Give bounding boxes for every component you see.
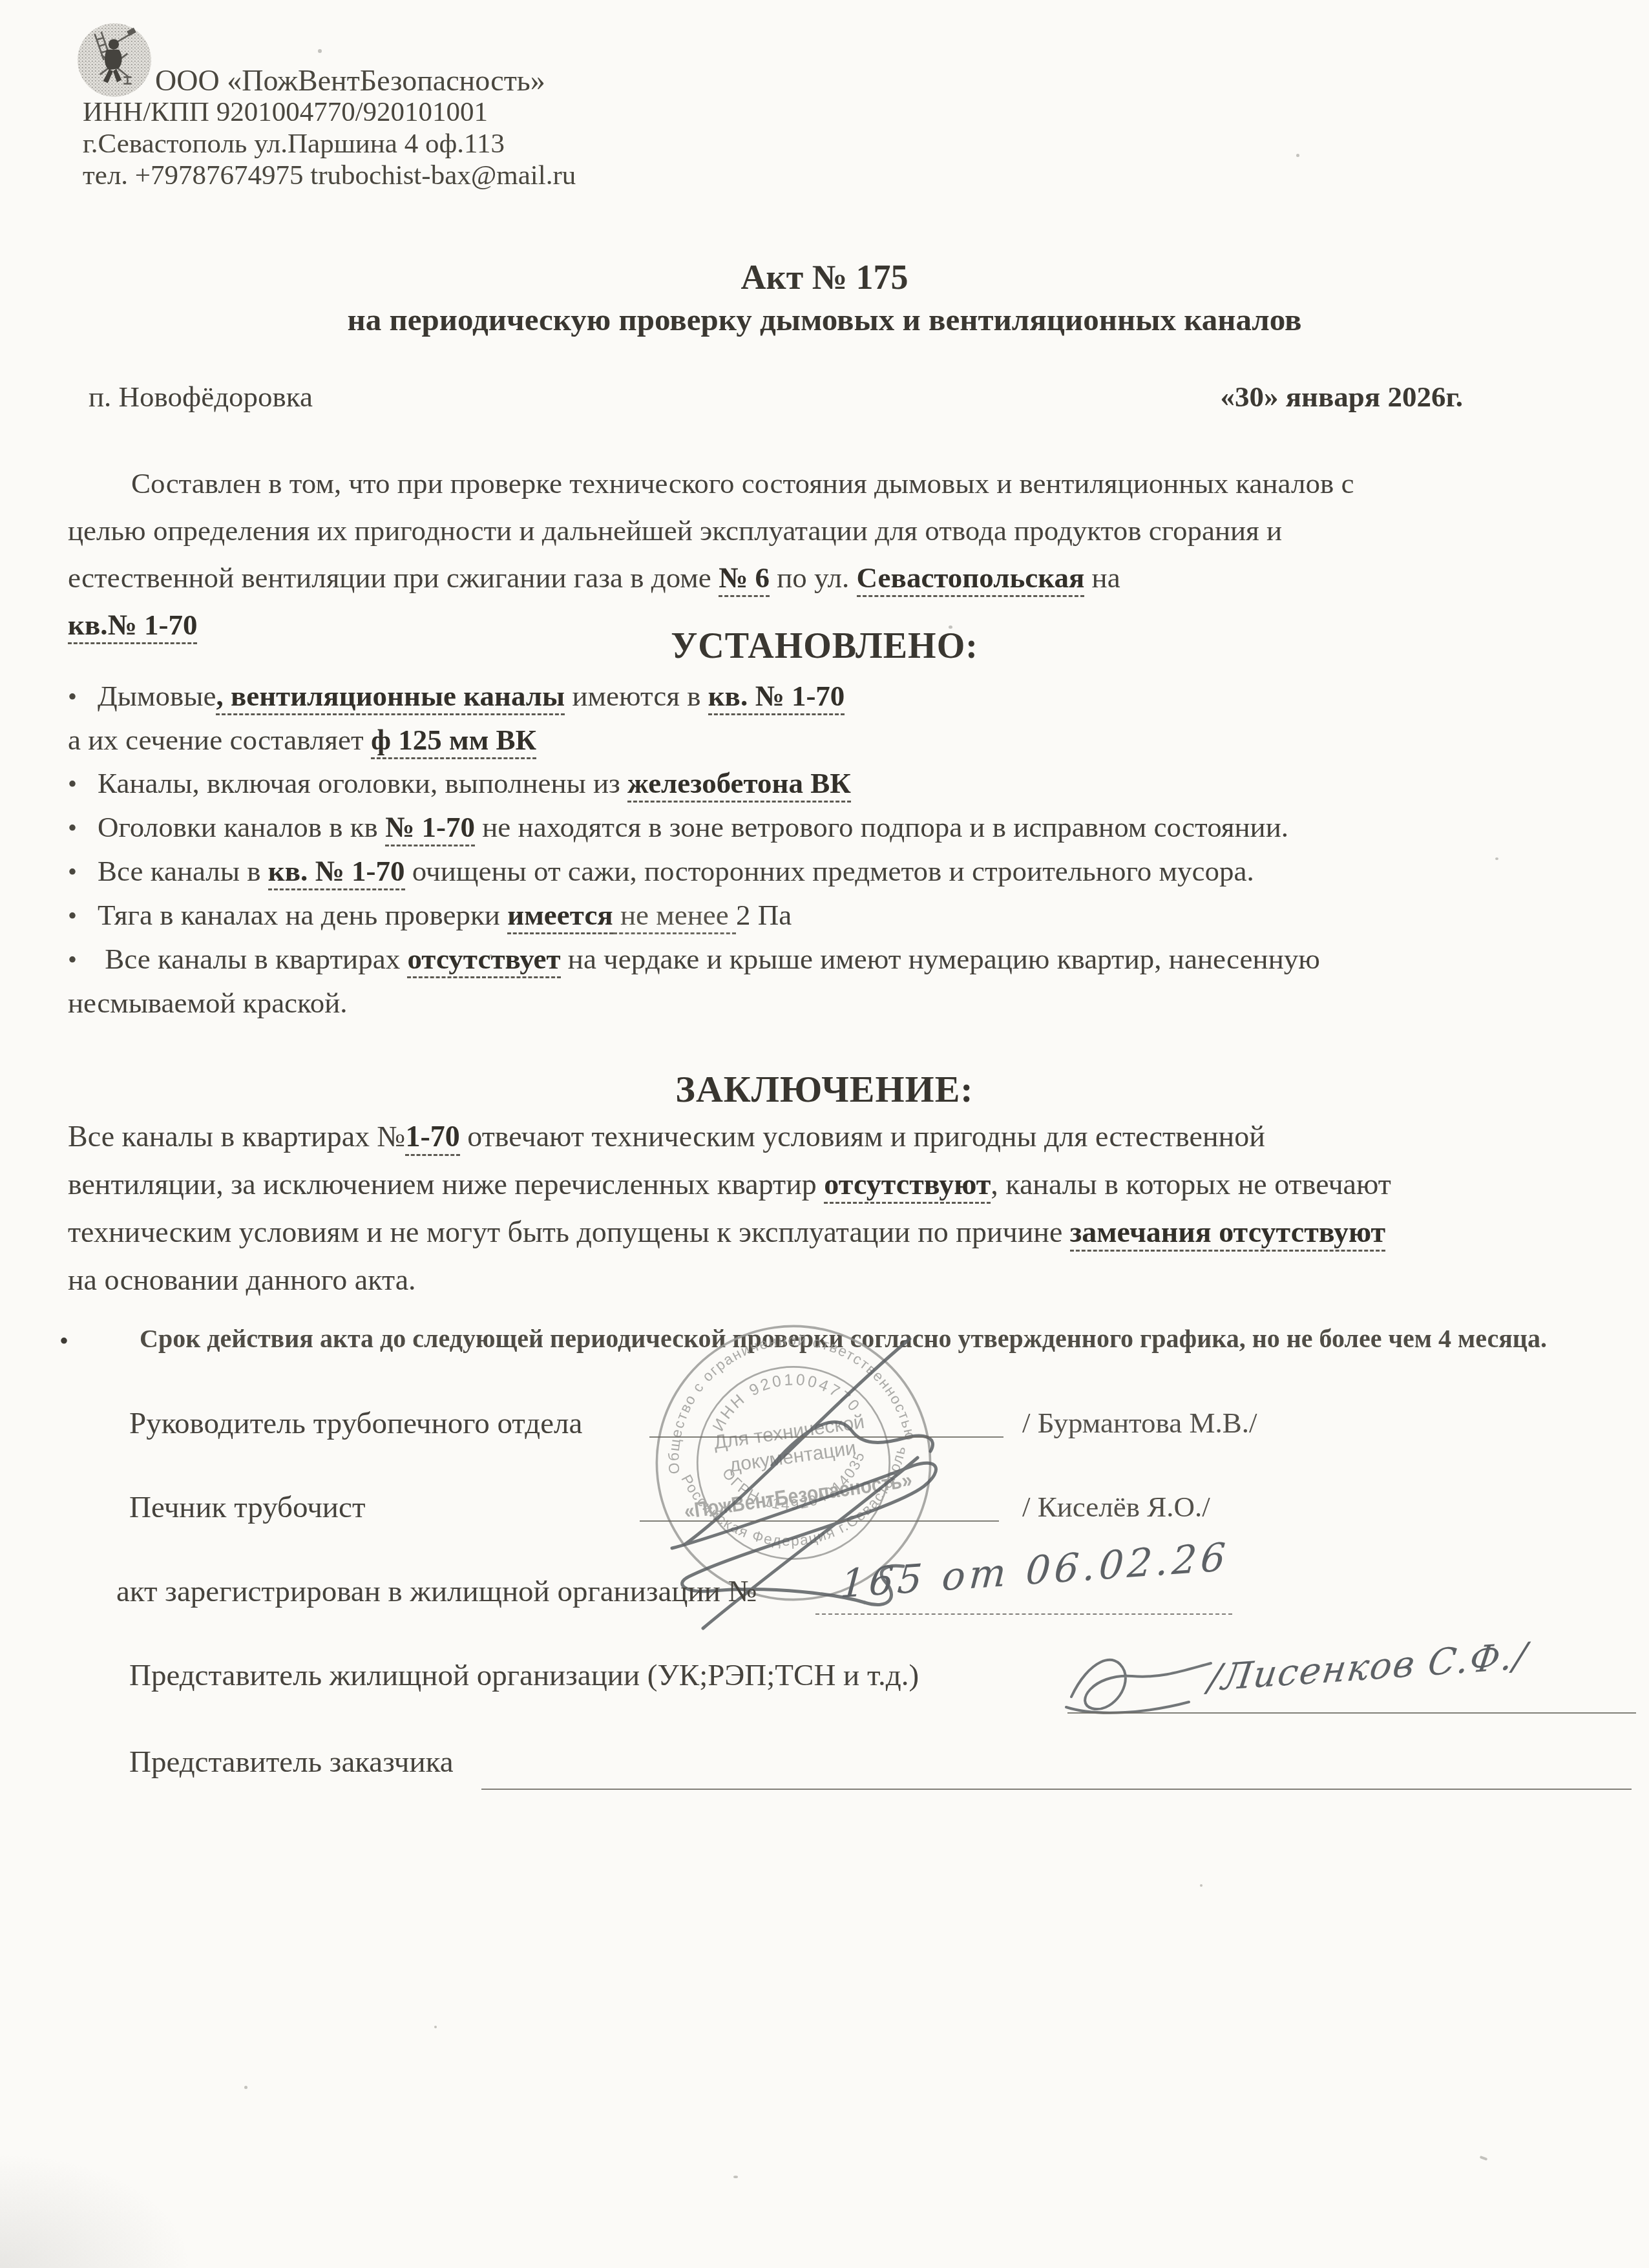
- draft-value: имеется: [507, 899, 613, 934]
- list-item: •Тяга в каналах на день проверки имеется…: [68, 894, 1593, 938]
- act-title: Акт № 175: [0, 257, 1649, 297]
- company-inn-kpp: ИНН/КПП 9201004770/920101001: [83, 96, 576, 128]
- scan-speck: [244, 2086, 247, 2089]
- scan-speck: [434, 2026, 437, 2028]
- scan-speck: [489, 954, 492, 958]
- scan-corner-shadow: [0, 2152, 194, 2268]
- scan-speck: [1296, 154, 1299, 157]
- material-value: железобетона ВК: [627, 767, 851, 803]
- apartments-value: кв. № 1-70: [708, 680, 845, 715]
- established-heading: УСТАНОВЛЕНО:: [0, 625, 1649, 667]
- company-name: ООО «ПожВентБезопасность»: [83, 65, 576, 96]
- signature-line: [640, 1520, 999, 1522]
- signature-name-kiselev: / Киселёв Я.О./: [1022, 1490, 1210, 1524]
- scanned-act-document: ООО «ПожВентБезопасность» ИНН/КПП 920100…: [0, 0, 1649, 2268]
- scan-speck: [733, 2176, 738, 2178]
- intro-line: Составлен в том, что при проверке технич…: [68, 460, 1583, 507]
- bullet-icon: •: [68, 762, 98, 806]
- conclusion-line: техническим условиям и не могут быть доп…: [68, 1208, 1593, 1256]
- bullet-icon: •: [68, 938, 98, 982]
- bullet-icon: •: [68, 675, 98, 719]
- established-list: •Дымовые, вентиляционные каналы имеются …: [68, 675, 1593, 1025]
- housing-representative-name-handwritten: /Лисенков С.Ф./: [1206, 1635, 1530, 1699]
- scan-speck: [1480, 2156, 1488, 2161]
- list-item: •Каналы, включая оголовки, выполнены из …: [68, 762, 1593, 806]
- scan-speck: [1200, 1884, 1203, 1887]
- section-size-value: ф 125 мм ВК: [371, 724, 536, 759]
- registration-label: акт зарегистрирован в жилищной организац…: [116, 1574, 757, 1609]
- intro-paragraph: Составлен в том, что при проверке технич…: [68, 460, 1583, 649]
- intro-line: естественной вентиляции при сжигании газ…: [68, 554, 1583, 602]
- company-contact: тел. +79787674975 trubochist-bax@mail.ru: [83, 160, 576, 191]
- registration-line: [815, 1613, 1232, 1615]
- list-item: • Все каналы в квартирах отсутствует на …: [68, 938, 1593, 982]
- bullet-icon: •: [68, 850, 98, 894]
- list-item: •Дымовые, вентиляционные каналы имеются …: [68, 675, 1593, 719]
- list-item: •Оголовки каналов в кв № 1-70 не находят…: [68, 806, 1593, 850]
- conclusion-line: на основании данного акта.: [68, 1256, 1593, 1304]
- pen-signature-strokes: [614, 1305, 1066, 1667]
- street-value: Севастопольская: [857, 562, 1085, 597]
- bullet-icon: •: [59, 1326, 68, 1356]
- scan-speck: [318, 49, 322, 53]
- act-subtitle: на периодическую проверку дымовых и вент…: [0, 301, 1649, 338]
- signature-line: [1067, 1712, 1636, 1714]
- housing-representative-signature-scribble: [1060, 1635, 1215, 1732]
- conclusion-line: Все каналы в квартирах №1-70 отвечают те…: [68, 1113, 1593, 1160]
- scan-speck: [1495, 857, 1498, 860]
- signature-line: [481, 1789, 1632, 1790]
- list-item-continuation: несмываемой краской.: [68, 982, 1593, 1025]
- company-address: г.Севастополь ул.Паршина 4 оф.113: [83, 128, 576, 160]
- intro-line: целью определения их пригодности и дальн…: [68, 507, 1583, 554]
- place-name: п. Новофёдоровка: [89, 380, 313, 414]
- list-item: •Все каналы в кв. № 1-70 очищены от сажи…: [68, 850, 1593, 894]
- signature-name-burmantova: / Бурмантова М.В./: [1022, 1406, 1257, 1440]
- signature-label-housing-representative: Представитель жилищной организации (УК;Р…: [129, 1658, 919, 1693]
- signature-label-head-of-department: Руководитель трубопечного отдела: [129, 1406, 582, 1441]
- bullet-icon: •: [68, 894, 98, 938]
- bullet-icon: •: [68, 806, 98, 850]
- house-number-value: № 6: [719, 562, 770, 597]
- act-date: «30» января 2026г.: [1220, 380, 1463, 414]
- letterhead: ООО «ПожВентБезопасность» ИНН/КПП 920100…: [83, 65, 576, 191]
- conclusion-paragraph: Все каналы в квартирах №1-70 отвечают те…: [68, 1113, 1593, 1304]
- list-item-continuation: а их сечение составляет ф 125 мм ВК: [68, 719, 1593, 762]
- signature-line: [649, 1436, 1003, 1438]
- signature-label-chimney-sweep: Печник трубочист: [129, 1490, 365, 1525]
- scan-speck: [949, 625, 952, 629]
- conclusion-line: вентиляции, за исключением ниже перечисл…: [68, 1160, 1593, 1208]
- conclusion-heading: ЗАКЛЮЧЕНИЕ:: [0, 1067, 1649, 1111]
- signature-label-customer-representative: Представитель заказчика: [129, 1745, 454, 1780]
